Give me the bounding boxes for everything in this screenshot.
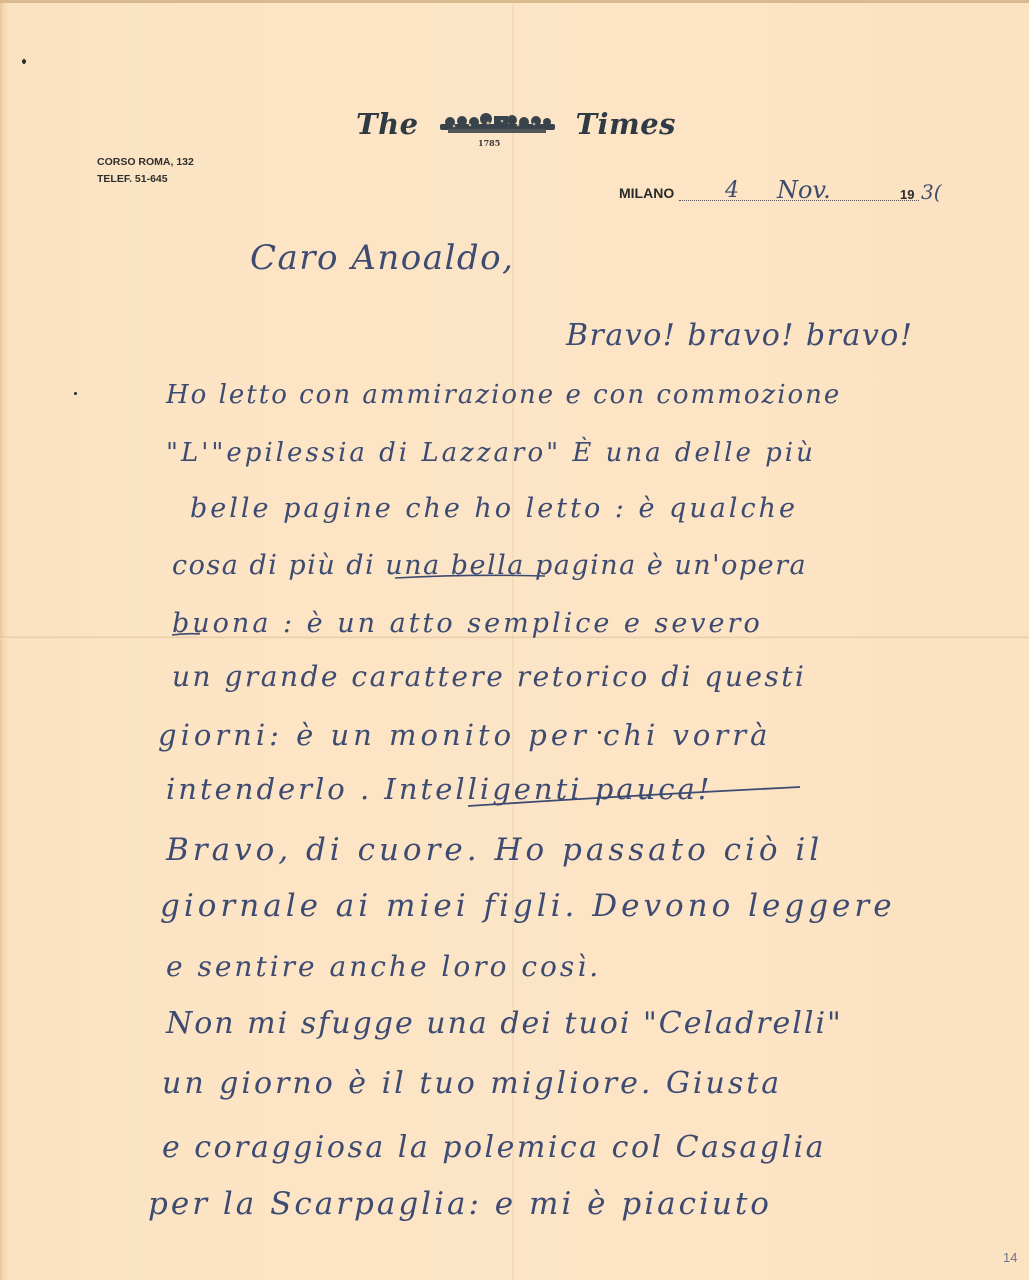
- page-number: 14: [1003, 1250, 1017, 1265]
- letter-sheet: The Times 1785 CORSO ROMA, 132 TELEF. 51…: [0, 0, 1029, 1280]
- handwritten-underlines: [0, 0, 1029, 1280]
